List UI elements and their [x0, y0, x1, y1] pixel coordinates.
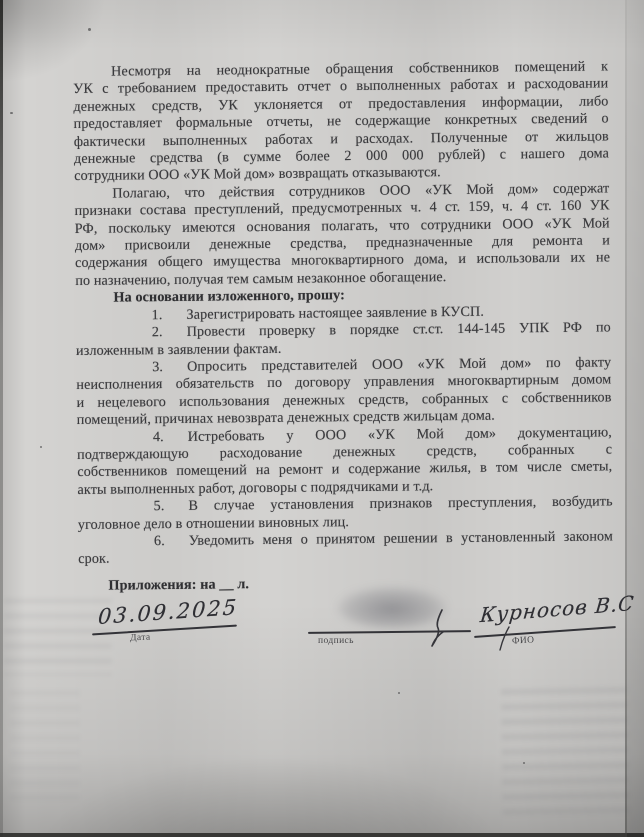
bleed-through-text: [4, 598, 112, 676]
page-edge-shadow: [627, 0, 644, 837]
paper-speck: [398, 692, 400, 694]
name-pen-stroke: [498, 626, 512, 652]
bleed-through-text: [10, 690, 80, 800]
photo-bottom-edge: [0, 833, 644, 837]
paper-speck: [523, 762, 525, 764]
name-underline: [474, 626, 616, 638]
paper-speck: [40, 446, 42, 448]
request-item: 3.Опросить представителей ООО «УК Мой до…: [76, 354, 612, 429]
request-item: 5.В случае установления признаков престу…: [78, 494, 613, 534]
paper-speck: [88, 28, 91, 31]
date-label: Дата: [130, 633, 151, 644]
attachments-line: Приложения: на __ л.: [78, 572, 613, 595]
request-item: 6.Уведомить меня о принятом решении в ус…: [78, 528, 613, 568]
request-item: 4.Истребовать у ООО «УК Мой дом» докумен…: [77, 424, 613, 499]
item-number: 6.: [116, 533, 165, 551]
request-item: 2.Провести проверку в порядке ст.ст. 144…: [76, 319, 611, 359]
document-body: Несмотря на неоднократные обращения собс…: [73, 58, 614, 595]
paragraph: Несмотря на неоднократные обращения собс…: [73, 58, 609, 185]
signature-label: подпись: [318, 636, 354, 646]
bleed-through-text: [501, 687, 629, 817]
signature-pen-stroke: [428, 608, 448, 648]
name-label: ФИО: [512, 635, 535, 646]
photo-left-edge: [0, 0, 3, 837]
item-number: 1.: [114, 307, 163, 325]
paragraph: Полагаю, что действия сотрудников ООО «У…: [74, 180, 610, 290]
item-number: 5.: [116, 498, 165, 516]
item-number: 4.: [115, 429, 164, 447]
date-handwritten: 03.09.2025: [97, 595, 239, 629]
item-number: 2.: [114, 324, 163, 342]
name-handwritten: Курносов В.С: [479, 591, 636, 627]
paper-speck: [10, 112, 13, 114]
document-photo: Несмотря на неоднократные обращения собс…: [0, 0, 644, 837]
item-number: 3.: [114, 359, 163, 377]
